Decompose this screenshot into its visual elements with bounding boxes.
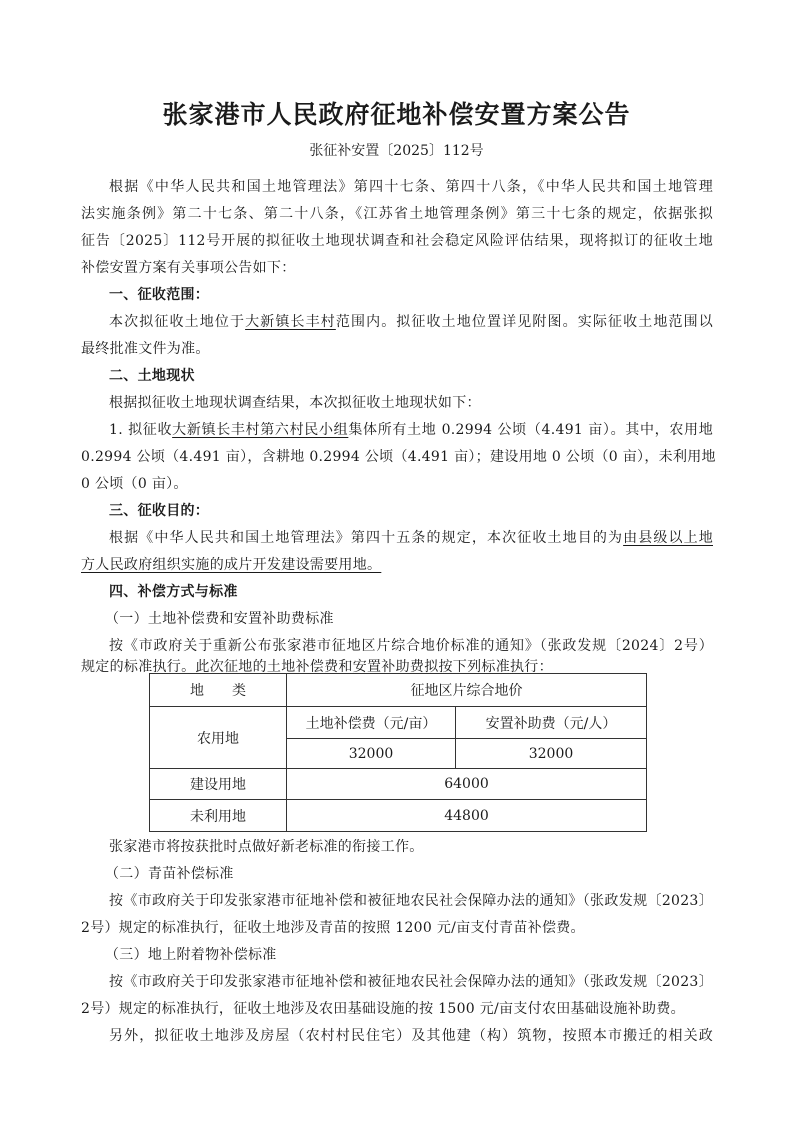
village-group-underlined: 大新镇长丰村第六村民小组 — [172, 422, 348, 438]
intro-line-2: 法实施条例》第二十七条、第二十八条，《江苏省土地管理条例》第三十七条的规定，依据… — [81, 205, 713, 223]
section-2-heading: 二、土地现状 — [109, 367, 713, 385]
row-category-farmland: 农用地 — [150, 707, 287, 769]
section-3-line-1: 根据《中华人民共和国土地管理法》第四十五条的规定，本次征收土地目的为由县级以上地 — [109, 529, 713, 547]
section-4-sub-2-line-2: 2号）规定的标准执行，征收土地涉及青苗的按照 1200 元/亩支付青苗补偿费。 — [81, 919, 713, 937]
section-4-sub-2-heading: （二）青苗补偿标准 — [105, 865, 737, 883]
cell-construction-price: 64000 — [287, 769, 647, 800]
compensation-standard-table: 地 类 征地区片综合地价 农用地 土地补偿费（元/亩） 安置补助费（元/人） 3… — [149, 673, 647, 832]
section-4-sub-3-line-3: 另外，拟征收土地涉及房屋（农村村民住宅）及其他建（构）筑物，按照本市搬迁的相关政 — [109, 1027, 713, 1045]
section-3-heading: 三、征收目的： — [109, 502, 713, 520]
section-2-item-1: 1. 拟征收大新镇长丰村第六村民小组集体所有土地 0.2994 公顷（4.491… — [109, 421, 713, 439]
header-category: 地 类 — [150, 674, 287, 707]
section-1-heading: 一、征收范围： — [109, 286, 713, 304]
intro-line-3: 征告〔2025〕112号开展的拟征收土地现状调查和社会稳定风险评估结果，现将拟订… — [81, 232, 713, 250]
text: 1. 拟征收 — [109, 422, 172, 438]
location-underlined: 大新镇长丰村 — [245, 314, 336, 330]
section-1-line-2: 最终批准文件为准。 — [81, 340, 713, 358]
text: 本次拟征收土地位于 — [109, 314, 245, 330]
section-4-sub-3-heading: （三）地上附着物补偿标准 — [105, 946, 737, 964]
section-4-sub-3-line-2: 2号）规定的标准执行，征收土地涉及农田基础设施的按 1500 元/亩支付农田基础… — [81, 1000, 713, 1018]
cell-land-fee: 32000 — [287, 739, 456, 769]
section-4-sub-2-line-1: 按《市政府关于印发张家港市征地补偿和被征地农民社会保障办法的通知》（张政发规〔2… — [109, 892, 713, 910]
document-page: 张家港市人民政府征地补偿安置方案公告 张征补安置〔2025〕112号 根据《中华… — [0, 0, 793, 1121]
subheader-resettle-fee: 安置补助费（元/人） — [456, 707, 647, 739]
document-number: 张征补安置〔2025〕112号 — [0, 140, 793, 160]
text: 范围内。拟征收土地位置详见附图。实际征收土地范围以 — [336, 314, 713, 330]
section-4-sub-3-line-1: 按《市政府关于印发张家港市征地补偿和被征地农民社会保障办法的通知》（张政发规〔2… — [109, 973, 713, 991]
cell-resettle-fee: 32000 — [456, 739, 647, 769]
text: 集体所有土地 0.2994 公顷（4.491 亩）。其中，农用地 — [348, 422, 713, 438]
row-category-unused: 未利用地 — [150, 800, 287, 832]
purpose-underlined: 由县级以上地 — [623, 530, 713, 546]
section-4-heading: 四、补偿方式与标准 — [109, 583, 713, 601]
cell-unused-price: 44800 — [287, 800, 647, 832]
section-1-line-1: 本次拟征收土地位于大新镇长丰村范围内。拟征收土地位置详见附图。实际征收土地范围以 — [109, 313, 713, 331]
section-2-item-1-line-3: 0 公顷（0 亩）。 — [81, 475, 713, 493]
section-2-intro: 根据拟征收土地现状调查结果，本次拟征收土地现状如下： — [109, 394, 713, 412]
page-title: 张家港市人民政府征地补偿安置方案公告 — [0, 95, 793, 131]
intro-line-1: 根据《中华人民共和国土地管理法》第四十七条、第四十八条，《中华人民共和国土地管理 — [109, 178, 713, 196]
after-table-note: 张家港市将按获批时点做好新老标准的衔接工作。 — [109, 838, 713, 856]
intro-line-4: 补偿安置方案有关事项公告如下： — [81, 259, 713, 277]
header-price: 征地区片综合地价 — [287, 674, 647, 707]
purpose-underlined-cont: 方人民政府组织实施的成片开发建设需要用地。 — [81, 557, 381, 573]
row-category-construction: 建设用地 — [150, 769, 287, 800]
text: 根据《中华人民共和国土地管理法》第四十五条的规定，本次征收土地目的为 — [109, 530, 623, 546]
section-4-sub-1-heading: （一）土地补偿费和安置补助费标准 — [105, 610, 737, 628]
section-3-line-2: 方人民政府组织实施的成片开发建设需要用地。 — [81, 556, 713, 574]
section-2-item-1-line-2: 0.2994 公顷（4.491 亩），含耕地 0.2994 公顷（4.491 亩… — [81, 448, 713, 466]
subheader-land-fee: 土地补偿费（元/亩） — [287, 707, 456, 739]
section-4-sub-1-line-1: 按《市政府关于重新公布张家港市征地区片综合地价标准的通知》（张政发规〔2024〕… — [109, 637, 713, 655]
